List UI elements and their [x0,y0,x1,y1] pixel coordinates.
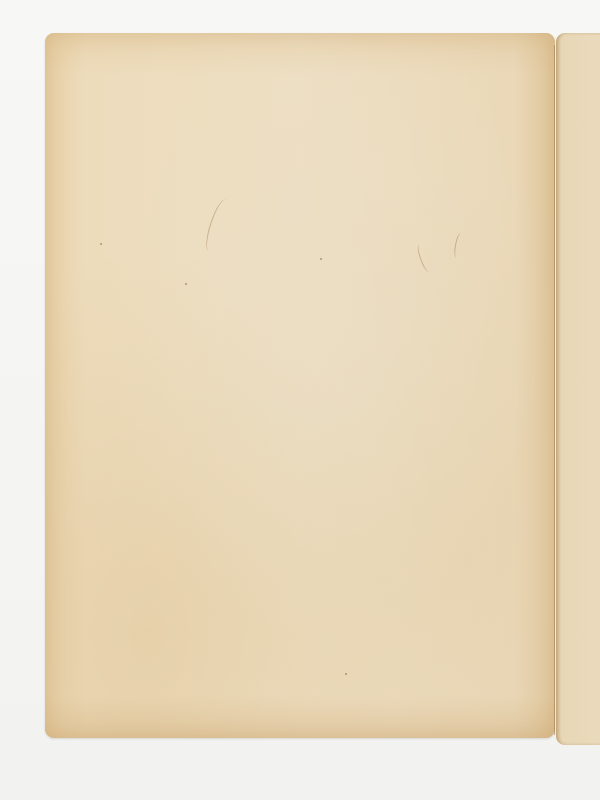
sheet-divider-line [554,45,555,735]
paper-speck [345,673,347,675]
paper-speck [320,258,322,260]
paper-speck [100,243,102,245]
aged-paper-sheet [45,33,555,738]
paper-fiber [453,233,464,259]
adjacent-paper-sheet [556,33,600,745]
paper-fiber [415,242,434,273]
paper-fiber [202,197,233,254]
photo-scene [0,0,600,800]
paper-speck [185,283,187,285]
